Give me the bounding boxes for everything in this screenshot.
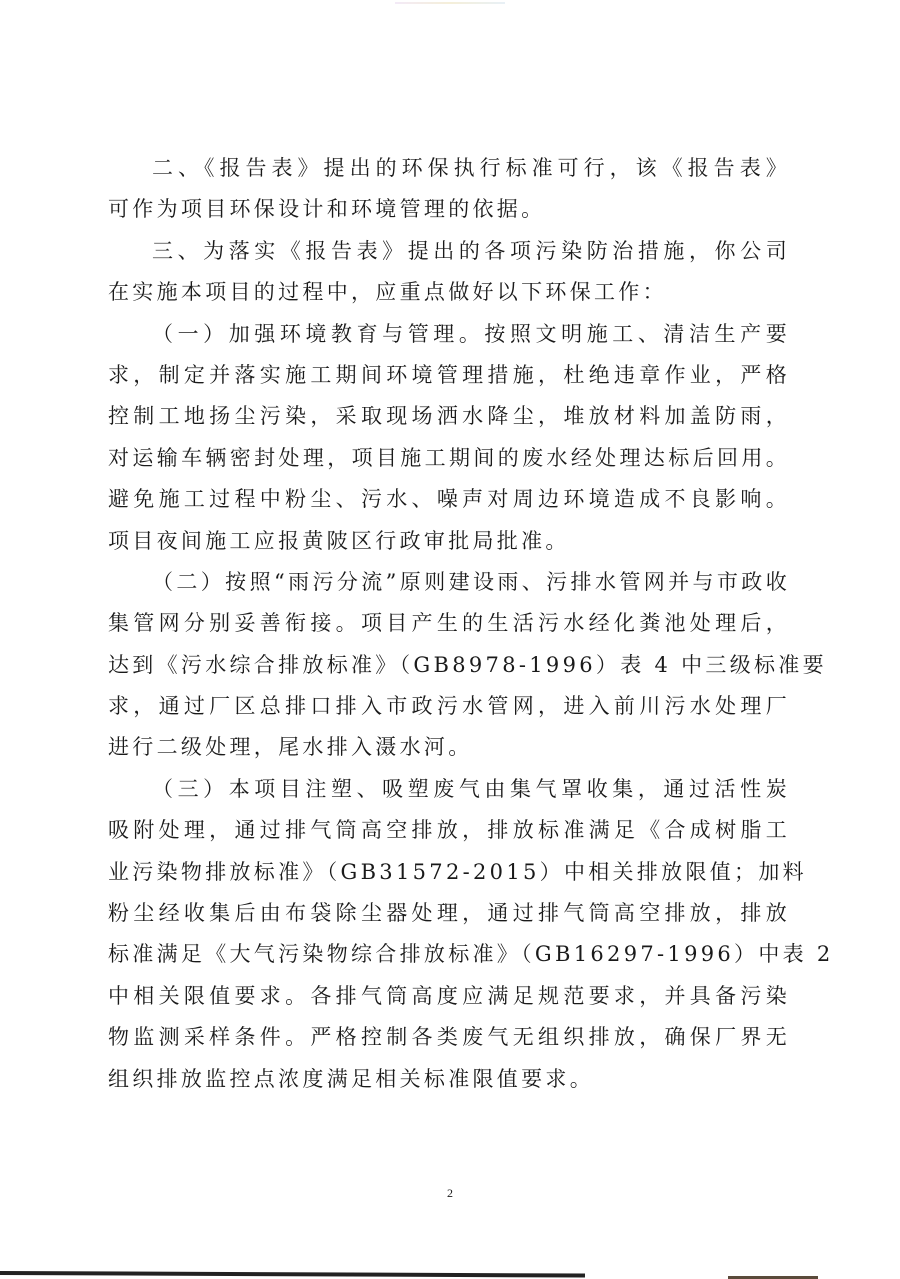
paragraph-line: 标准满足《大气污染物综合排放标准》（GB16297-1996）中表 2 bbox=[108, 934, 790, 975]
paragraph-first-line: （二）按照“雨污分流”原则建设雨、污排水管网并与市政收 bbox=[108, 562, 790, 603]
paragraph-line: 物监测采样条件。严格控制各类废气无组织排放，确保厂界无 bbox=[108, 1017, 790, 1058]
page-number: 2 bbox=[0, 1186, 900, 1201]
paragraph-line: 达到《污水综合排放标准》（GB8978-1996）表 4 中三级标准要 bbox=[108, 645, 790, 686]
scan-edge-artifact bbox=[0, 1271, 585, 1278]
paragraph-line: 业污染物排放标准》（GB31572-2015）中相关排放限值；加料 bbox=[108, 852, 790, 893]
paragraph-line: 求，制定并落实施工期间环境管理措施，杜绝违章作业，严格 bbox=[108, 355, 790, 396]
paragraph-first-line: （一）加强环境教育与管理。按照文明施工、清洁生产要 bbox=[108, 314, 790, 355]
paragraph-first-line: 三、为落实《报告表》提出的各项污染防治措施，你公司 bbox=[108, 231, 790, 272]
paragraph-line: 对运输车辆密封处理，项目施工期间的废水经处理达标后回用。 bbox=[108, 438, 790, 479]
paragraph-line: 避免施工过程中粉尘、污水、噪声对周边环境造成不良影响。 bbox=[108, 479, 790, 520]
paragraph-line: 中相关限值要求。各排气筒高度应满足规范要求，并具备污染 bbox=[108, 976, 790, 1017]
paragraph-line: 可作为项目环保设计和环境管理的依据。 bbox=[108, 189, 790, 230]
paragraph-line: 进行二级处理，尾水排入滠水河。 bbox=[108, 727, 790, 768]
paragraph-line: 集管网分别妥善衔接。项目产生的生活污水经化粪池处理后， bbox=[108, 603, 790, 644]
paragraph-line: 吸附处理，通过排气筒高空排放，排放标准满足《合成树脂工 bbox=[108, 810, 790, 851]
document-body: 二、《报告表》提出的环保执行标准可行，该《报告表》可作为项目环保设计和环境管理的… bbox=[108, 148, 790, 1100]
document-page: 二、《报告表》提出的环保执行标准可行，该《报告表》可作为项目环保设计和环境管理的… bbox=[0, 0, 900, 1279]
paragraph-line: 在实施本项目的过程中，应重点做好以下环保工作： bbox=[108, 272, 790, 313]
scan-artifact-top bbox=[395, 2, 505, 4]
paragraph-line: 求，通过厂区总排口排入市政污水管网，进入前川污水处理厂 bbox=[108, 686, 790, 727]
paragraph-line: 项目夜间施工应报黄陂区行政审批局批准。 bbox=[108, 521, 790, 562]
paragraph-line: 粉尘经收集后由布袋除尘器处理，通过排气筒高空排放，排放 bbox=[108, 893, 790, 934]
paragraph-first-line: 二、《报告表》提出的环保执行标准可行，该《报告表》 bbox=[108, 148, 790, 189]
paragraph-first-line: （三）本项目注塑、吸塑废气由集气罩收集，通过活性炭 bbox=[108, 769, 790, 810]
paragraph-line: 控制工地扬尘污染，采取现场洒水降尘，堆放材料加盖防雨， bbox=[108, 396, 790, 437]
paragraph-line: 组织排放监控点浓度满足相关标准限值要求。 bbox=[108, 1059, 790, 1100]
